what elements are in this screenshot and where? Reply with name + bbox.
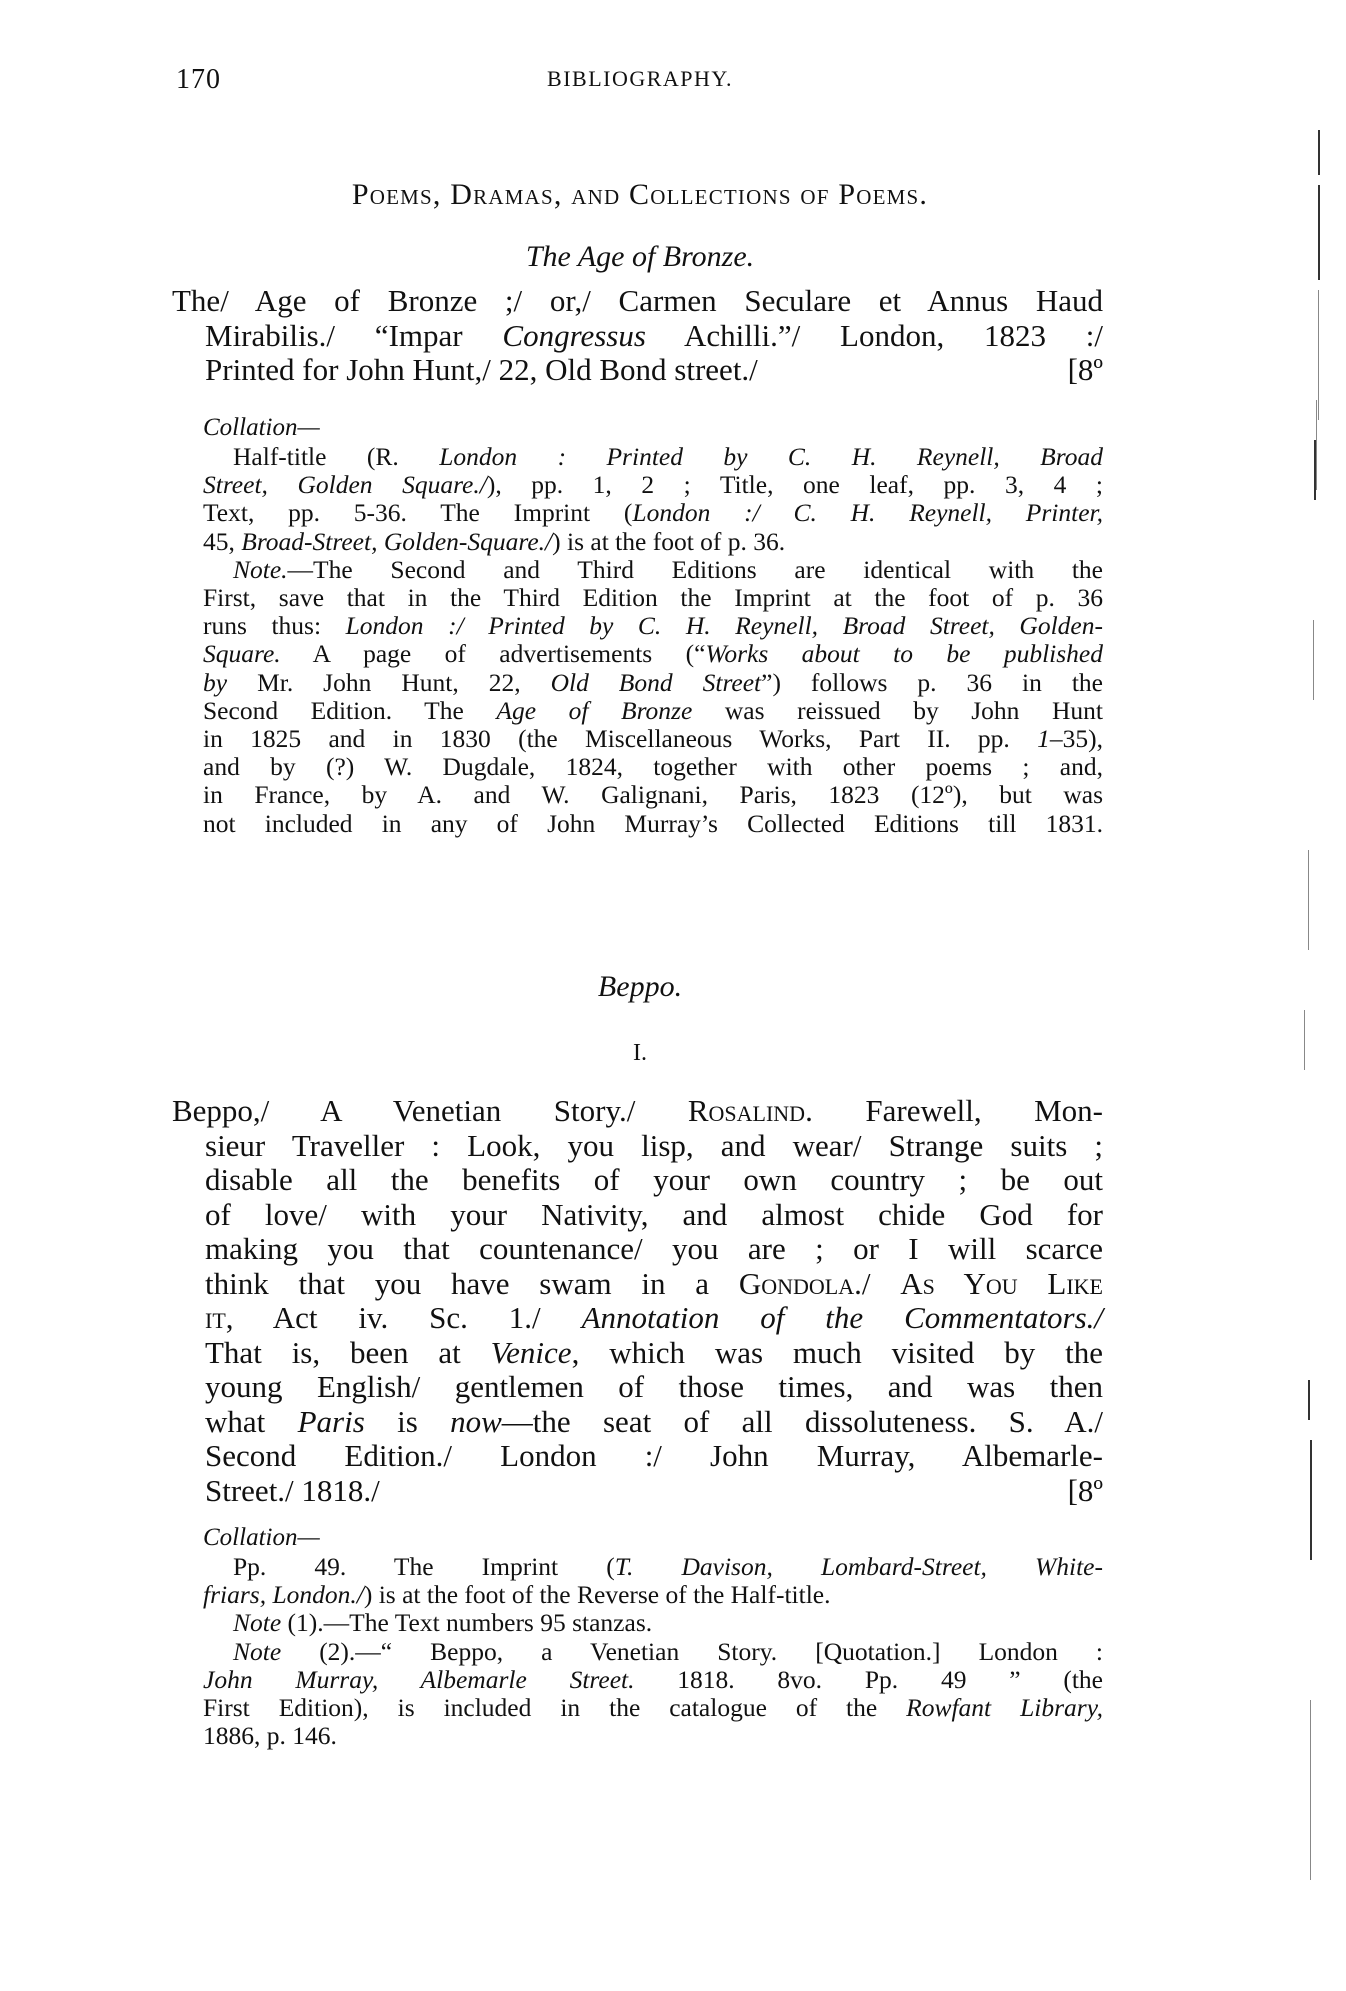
scan-edge-mark (1318, 185, 1320, 280)
text: (1).—The Text numbers 95 stanzas. (281, 1608, 652, 1637)
collation-label: Collation— (203, 1524, 320, 1552)
format-size: [8º (1068, 1474, 1103, 1509)
collation-line: friars, London./) is at the foot of the … (203, 1581, 1103, 1609)
italic-text: Works about to be published (705, 639, 1103, 668)
text: is (365, 1404, 450, 1439)
small-caps-text: it (205, 1300, 226, 1335)
text: —the seat of all dissoluteness. S. A./ (502, 1404, 1103, 1439)
text: think that you have swam in a (205, 1266, 739, 1301)
scan-edge-mark (1304, 1010, 1305, 1070)
italic-text: Old Bond Street (551, 668, 762, 697)
text: Second Edition. The (203, 696, 496, 725)
note-line: First, save that in the Third Edition th… (203, 584, 1103, 612)
text: Pp. 49. The Imprint ( (233, 1552, 615, 1581)
note-line: First Edition), is included in the catal… (203, 1694, 1103, 1722)
text: That is, been at (205, 1335, 491, 1370)
subhead-age-of-bronze: The Age of Bronze. (176, 240, 1104, 274)
collation-line: Street, Golden Square./), pp. 1, 2 ; Tit… (203, 471, 1103, 499)
note-line: by Mr. John Hunt, 22, Old Bond Street”) … (203, 669, 1103, 697)
collation-line: Half-title (R. London : Printed by C. H.… (203, 443, 1103, 471)
small-caps-text: As You Like (900, 1266, 1103, 1301)
note-line: Note.—The Second and Third Editions are … (203, 556, 1103, 584)
scan-edge-mark (1316, 400, 1317, 490)
text: . Farewell, Mon- (805, 1093, 1103, 1128)
entry-line: of love/ with your Nativity, and almost … (205, 1198, 1103, 1233)
italic-text: Venice (491, 1335, 572, 1370)
collation-line: 45, Broad-Street, Golden-Square./) is at… (203, 528, 1103, 556)
text: 1818. 8vo. Pp. 49 ” (the (634, 1665, 1103, 1694)
small-caps-text: Gondola (739, 1266, 854, 1301)
italic-text: John Murray, Albemarle Street. (203, 1665, 634, 1694)
text: –35), (1050, 724, 1103, 753)
italic-text: Broad-Street, Golden-Square./ (241, 527, 552, 556)
collation-line: Pp. 49. The Imprint (T. Davison, Lombard… (203, 1553, 1103, 1581)
scan-edge-mark (1313, 620, 1314, 700)
entry-italic: Congressus (502, 318, 646, 353)
text: First Edition), is included in the catal… (203, 1693, 906, 1722)
entry-line: The/ Age of Bronze ;/ or,/ Carmen Secula… (172, 284, 1103, 319)
entry-line: young English/ gentlemen of those times,… (205, 1370, 1103, 1405)
text: runs thus: (203, 611, 346, 640)
scan-edge-mark (1310, 1700, 1311, 1880)
text: A page of advertisements (“ (281, 639, 706, 668)
italic-text: now (450, 1404, 502, 1439)
italic-text: Annotation of the Commentators./ (582, 1300, 1103, 1335)
format-size: [8º (1068, 353, 1103, 388)
small-caps-text: Rosalind (688, 1093, 805, 1128)
entry-line: disable all the benefits of your own cou… (205, 1163, 1103, 1198)
entry-text: Mirabilis./ “Impar (205, 318, 502, 353)
italic-text: London : Printed by C. H. Reynell, Broad (439, 442, 1103, 471)
scan-edge-mark (1308, 850, 1309, 950)
note-line: in 1825 and in 1830 (the Miscellaneous W… (203, 725, 1103, 753)
italic-text: Paris (298, 1404, 365, 1439)
text: ), pp. 1, 2 ; Title, one leaf, pp. 3, 4 … (487, 470, 1103, 499)
text: what (205, 1404, 298, 1439)
italic-text: Square. (203, 639, 281, 668)
italic-text: Rowfant Library, (906, 1693, 1103, 1722)
italic-text: London :/ C. H. Reynell, Printer, (632, 498, 1103, 527)
text: Mr. John Hunt, 22, (227, 668, 550, 697)
entry-line: Beppo,/ A Venetian Story./ Rosalind. Far… (172, 1094, 1103, 1129)
entry-line: That is, been at Venice, which was much … (205, 1336, 1103, 1371)
text: ./ (854, 1266, 900, 1301)
running-title: BIBLIOGRAPHY. (176, 66, 1104, 92)
text: ”) follows p. 36 in the (761, 668, 1103, 697)
text: , which was much visited by the (572, 1335, 1103, 1370)
collation-beppo: Pp. 49. The Imprint (T. Davison, Lombard… (203, 1553, 1103, 1750)
italic-text: Note (233, 1608, 281, 1637)
entry-age-of-bronze: The/ Age of Bronze ;/ or,/ Carmen Secula… (205, 284, 1103, 388)
note-line: 1886, p. 146. (203, 1722, 1103, 1750)
note-line: runs thus: London :/ Printed by C. H. Re… (203, 612, 1103, 640)
italic-text: Note (233, 1637, 281, 1666)
text: —The Second and Third Editions are ident… (288, 555, 1103, 584)
italic-text: T. Davison, Lombard-Street, White- (615, 1552, 1103, 1581)
entry-line: Printed for John Hunt,/ 22, Old Bond str… (205, 353, 1103, 388)
italic-text: by (203, 668, 227, 697)
note-line: and by (?) W. Dugdale, 1824, together wi… (203, 753, 1103, 781)
entry-line: what Paris is now—the seat of all dissol… (205, 1405, 1103, 1440)
text: (2).—“ Beppo, a Venetian Story. [Quotati… (281, 1637, 1103, 1666)
entry-text: Printed for John Hunt,/ 22, Old Bond str… (205, 352, 758, 387)
book-page: 170 BIBLIOGRAPHY. Poems, Dramas, and Col… (0, 0, 1346, 1991)
entry-line: Second Edition./ London :/ John Murray, … (205, 1439, 1103, 1474)
edition-numeral: I. (176, 1040, 1104, 1067)
italic-text: Street, Golden Square./ (203, 470, 487, 499)
note-line: Square. A page of advertisements (“Works… (203, 640, 1103, 668)
text: 45, (203, 527, 241, 556)
text: , Act iv. Sc. 1./ (226, 1300, 582, 1335)
collation-line: Text, pp. 5-36. The Imprint (London :/ C… (203, 499, 1103, 527)
italic-text: London :/ Printed by C. H. Reynell, Broa… (346, 611, 1103, 640)
entry-text: Achilli.”/ London, 1823 :/ (646, 318, 1103, 353)
text: Street./ 1818./ (205, 1473, 380, 1508)
entry-line: sieur Traveller : Look, you lisp, and we… (205, 1129, 1103, 1164)
note-line: Second Edition. The Age of Bronze was re… (203, 697, 1103, 725)
note-line: Note (1).—The Text numbers 95 stanzas. (203, 1609, 1103, 1637)
note-line: not included in any of John Murray’s Col… (203, 810, 1103, 838)
scan-edge-mark (1318, 130, 1320, 175)
entry-line: Mirabilis./ “Impar Congressus Achilli.”/… (205, 319, 1103, 354)
scan-edge-mark (1310, 1440, 1312, 1560)
scan-edge-mark (1308, 1380, 1310, 1420)
italic-text: 1 (1037, 724, 1050, 753)
entry-line: it, Act iv. Sc. 1./ Annotation of the Co… (205, 1301, 1103, 1336)
running-head: 170 BIBLIOGRAPHY. (176, 64, 1104, 98)
text: ) is at the foot of the Reverse of the H… (364, 1580, 831, 1609)
scan-edge-mark (1318, 290, 1319, 420)
collation-age-of-bronze: Half-title (R. London : Printed by C. H.… (203, 443, 1103, 838)
subhead-beppo: Beppo. (176, 970, 1104, 1004)
entry-beppo: Beppo,/ A Venetian Story./ Rosalind. Far… (205, 1094, 1103, 1508)
italic-text: friars, London./ (203, 1580, 364, 1609)
section-heading: Poems, Dramas, and Collections of Poems. (176, 178, 1104, 212)
text: in 1825 and in 1830 (the Miscellaneous W… (203, 724, 1037, 753)
entry-line: making you that countenance/ you are ; o… (205, 1232, 1103, 1267)
entry-line: think that you have swam in a Gondola./ … (205, 1267, 1103, 1302)
collation-label: Collation— (203, 414, 320, 442)
entry-line: Street./ 1818./[8º (205, 1474, 1103, 1509)
note-line: John Murray, Albemarle Street. 1818. 8vo… (203, 1666, 1103, 1694)
note-line: Note (2).—“ Beppo, a Venetian Story. [Qu… (203, 1638, 1103, 1666)
italic-text: Age of Bronze (496, 696, 692, 725)
text: ) is at the foot of p. 36. (552, 527, 785, 556)
text: was reissued by John Hunt (692, 696, 1103, 725)
text: Text, pp. 5-36. The Imprint ( (203, 498, 632, 527)
note-line: in France, by A. and W. Galignani, Paris… (203, 781, 1103, 809)
text: Half-title (R. (233, 442, 439, 471)
text: Beppo,/ A Venetian Story./ (172, 1093, 688, 1128)
italic-text: Note. (233, 555, 288, 584)
scan-edge-mark (1314, 440, 1316, 500)
